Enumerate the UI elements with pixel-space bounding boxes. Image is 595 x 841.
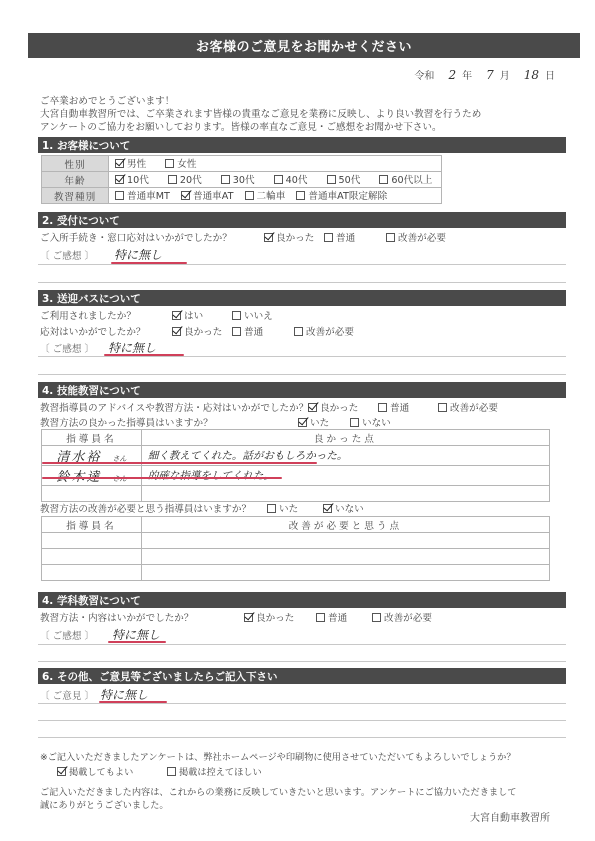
option-label: 60代以上 — [391, 172, 432, 186]
option-label: 普通 — [244, 324, 263, 338]
comment-line — [38, 264, 566, 265]
checkbox-needs-improvement[interactable]: 改善が必要 — [372, 610, 432, 624]
checkbox-checked-icon[interactable] — [172, 327, 181, 336]
option-label: 良かった — [184, 324, 222, 338]
checkbox-icon[interactable] — [115, 191, 124, 200]
option-label: 30代 — [233, 172, 255, 186]
checkbox-checked-icon[interactable] — [181, 191, 190, 200]
closing-line: 誠にありがとうございました。 — [40, 799, 516, 812]
option-label: 改善が必要 — [384, 610, 432, 624]
checkbox-icon[interactable] — [378, 403, 387, 412]
question-text: ご利用されましたか？ — [40, 308, 172, 322]
consent-question: ※ご記入いただきましたアンケートは、弊社ホームページや印刷物に使用させていただい… — [40, 751, 516, 764]
checkbox-average[interactable]: 普通 — [316, 610, 372, 624]
comment-label: 〔 ご感想 〕 — [40, 248, 114, 262]
instructor-name-cell[interactable] — [42, 549, 142, 565]
good-point: 的確な指導をしてくれた。 — [148, 470, 274, 482]
instructor-name-cell[interactable] — [42, 533, 142, 549]
closing-text: ご記入いただきました内容は、これからの業務に反映していきたいと思います。アンケー… — [40, 786, 516, 812]
comment-line — [38, 720, 566, 721]
option-label: 普通車AT — [193, 188, 233, 202]
option-label: 良かった — [320, 400, 358, 414]
instructor-advice-row: 教習指導員のアドバイスや教習方法・応対はいかがでしたか？ 良かった 普通 改善が… — [40, 400, 498, 414]
table-row — [42, 565, 550, 581]
checkbox-icon[interactable] — [324, 233, 333, 242]
column-header: 指導員名 — [42, 517, 142, 533]
course-options: 普通車MT 普通車AT 二輪車 普通車AT限定解除 — [109, 188, 442, 204]
option-label: 50代 — [339, 172, 361, 186]
comment-label: 〔 ご感想 〕 — [40, 341, 108, 355]
option-label: 掲載してもよい — [69, 764, 133, 778]
checkbox-icon[interactable] — [274, 175, 283, 184]
option-label: はい — [184, 308, 203, 322]
section-heading-shuttle-bus: 3. 送迎バスについて — [38, 290, 566, 306]
checkbox-at[interactable]: 普通車AT — [181, 188, 233, 202]
date-day-unit: 日 — [545, 67, 555, 82]
checkbox-average[interactable]: 普通 — [378, 400, 438, 414]
option-label: 良かった — [256, 610, 294, 624]
option-label: 普通 — [328, 610, 347, 624]
date-day-value[interactable]: 18 — [524, 68, 539, 82]
checkbox-needs-improvement[interactable]: 改善が必要 — [294, 324, 354, 338]
checkbox-checked-icon[interactable] — [115, 175, 124, 184]
section-heading-driving-lessons: 4. 技能教習について — [38, 382, 566, 398]
checkbox-checked-icon[interactable] — [115, 159, 124, 168]
checkbox-no[interactable]: いいえ — [232, 308, 273, 322]
checkbox-yes-there-was[interactable]: いた — [298, 415, 350, 429]
checkbox-female[interactable]: 女性 — [165, 156, 196, 170]
table-row-gender: 性別 男性 女性 — [42, 156, 442, 172]
improve-point-cell[interactable] — [141, 565, 549, 581]
table-header-row: 指導員名 良かった点 — [42, 430, 550, 446]
option-label: いた — [279, 501, 298, 515]
table-row-age: 年齢 10代 20代 30代 40代 50代 60代以上 — [42, 172, 442, 188]
row-label: 性別 — [42, 156, 109, 172]
option-label: 改善が必要 — [398, 230, 446, 244]
table-header-row: 指導員名 改善が必要と思う点 — [42, 517, 550, 533]
checkbox-age-60s-plus[interactable]: 60代以上 — [379, 172, 432, 186]
checkbox-needs-improvement[interactable]: 改善が必要 — [386, 230, 446, 244]
column-header: 良かった点 — [141, 430, 549, 446]
question-text: ご入所手続き・窓口応対はいかがでしたか？ — [40, 230, 264, 244]
intro-text: ご卒業おめでとうございます！ 大宮自動車教習所では、ご卒業されます皆様の貴重なご… — [40, 95, 481, 134]
checkbox-age-20s[interactable]: 20代 — [168, 172, 202, 186]
comment-line — [38, 282, 566, 283]
checkbox-icon[interactable] — [296, 191, 305, 200]
comment-line — [38, 644, 566, 645]
customer-info-table: 性別 男性 女性 年齢 10代 20代 30代 40代 50代 60代以上 教習… — [41, 155, 442, 204]
checkbox-good[interactable]: 良かった — [264, 230, 324, 244]
checkbox-good[interactable]: 良かった — [308, 400, 378, 414]
bus-use-row: ご利用されましたか？ はい いいえ — [40, 308, 273, 322]
checkbox-icon[interactable] — [438, 403, 447, 412]
checkbox-icon[interactable] — [221, 175, 230, 184]
checkbox-age-50s[interactable]: 50代 — [327, 172, 361, 186]
checkbox-icon[interactable] — [350, 418, 359, 427]
table-row — [42, 533, 550, 549]
checkbox-icon[interactable] — [165, 159, 174, 168]
checkbox-male[interactable]: 男性 — [115, 156, 146, 170]
good-instructor-table: 指導員名 良かった点 清水裕 さん 細く教えてくれた。話がおもしろかった。 鈴木… — [41, 429, 550, 502]
option-label: 掲載は控えてほしい — [179, 764, 262, 778]
checkbox-checked-icon[interactable] — [57, 767, 66, 776]
checkbox-icon[interactable] — [379, 175, 388, 184]
column-header: 指導員名 — [42, 430, 142, 446]
checkbox-publish-ok[interactable]: 掲載してもよい — [57, 764, 167, 778]
form-title: お客様のご意見をお聞かせください — [28, 33, 580, 58]
option-label: いない — [335, 501, 364, 515]
checkbox-age-10s[interactable]: 10代 — [115, 172, 149, 186]
checkbox-checked-icon[interactable] — [308, 403, 317, 412]
checkbox-publish-decline[interactable]: 掲載は控えてほしい — [167, 764, 262, 778]
option-label: 10代 — [127, 172, 149, 186]
option-label: 良かった — [276, 230, 314, 244]
date-year-value[interactable]: 2 — [448, 68, 456, 82]
intro-line: 大宮自動車教習所では、ご卒業されます皆様の貴重なご意見を業務に反映し、より良い教… — [40, 108, 481, 121]
comment-line — [38, 737, 566, 738]
checkbox-needs-improvement[interactable]: 改善が必要 — [438, 400, 498, 414]
checkbox-at-limit-removal[interactable]: 普通車AT限定解除 — [296, 188, 387, 202]
improve-instructor-row: 教習方法の改善が必要と思う指導員はいますか？ いた いない — [40, 501, 364, 515]
checkbox-checked-icon[interactable] — [264, 233, 273, 242]
instructor-name-cell[interactable] — [42, 565, 142, 581]
question-text: 教習指導員のアドバイスや教習方法・応対はいかがでしたか？ — [40, 400, 308, 414]
option-label: 普通 — [390, 400, 409, 414]
checkbox-none[interactable]: いない — [350, 415, 391, 429]
red-underline — [108, 641, 166, 643]
checkbox-checked-icon[interactable] — [172, 311, 181, 320]
date-field: 令和 2 年 7 月 18 日 — [414, 67, 555, 82]
section-heading-classroom-lessons: 4. 学科教習について — [38, 592, 566, 608]
good-point-cell[interactable] — [141, 486, 549, 502]
option-label: 40代 — [286, 172, 308, 186]
improve-point-cell[interactable] — [141, 533, 549, 549]
reception-question-row: ご入所手続き・窓口応対はいかがでしたか？ 良かった 普通 改善が必要 — [40, 230, 446, 244]
red-underline — [42, 477, 282, 479]
option-label: 女性 — [177, 156, 196, 170]
comment-line — [38, 356, 566, 357]
checkbox-icon[interactable] — [386, 233, 395, 242]
date-month-value[interactable]: 7 — [486, 68, 494, 82]
comment-line — [38, 703, 566, 704]
date-era: 令和 — [414, 67, 434, 82]
checkbox-icon[interactable] — [167, 767, 176, 776]
question-text: 教習方法の良かった指導員はいますか？ — [40, 415, 298, 429]
checkbox-none[interactable]: いない — [323, 501, 364, 515]
checkbox-average[interactable]: 普通 — [232, 324, 294, 338]
comment-label: 〔 ご意見 〕 — [40, 688, 100, 702]
option-label: 普通 — [336, 230, 355, 244]
instructor-name-cell[interactable] — [42, 486, 142, 502]
option-label: いない — [362, 415, 391, 429]
column-header: 改善が必要と思う点 — [141, 517, 549, 533]
checkbox-icon[interactable] — [316, 613, 325, 622]
checkbox-good[interactable]: 良かった — [244, 610, 316, 624]
checkbox-icon[interactable] — [232, 327, 241, 336]
question-text: 応対はいかがでしたか？ — [40, 324, 172, 338]
good-instructor-row: 教習方法の良かった指導員はいますか？ いた いない — [40, 415, 391, 429]
table-row — [42, 549, 550, 565]
checkbox-age-30s[interactable]: 30代 — [221, 172, 255, 186]
intro-line: ご卒業おめでとうございます！ — [40, 95, 481, 108]
checkbox-icon[interactable] — [232, 311, 241, 320]
date-year-unit: 年 — [462, 67, 472, 82]
checkbox-icon[interactable] — [294, 327, 303, 336]
reception-comment-row: 〔 ご感想 〕 特に無し — [40, 246, 162, 263]
option-label: 普通車AT限定解除 — [308, 188, 387, 202]
checkbox-yes[interactable]: はい — [172, 308, 232, 322]
checkbox-icon[interactable] — [168, 175, 177, 184]
checkbox-age-40s[interactable]: 40代 — [274, 172, 308, 186]
checkbox-checked-icon[interactable] — [298, 418, 307, 427]
gender-options: 男性 女性 — [109, 156, 442, 172]
red-underline — [42, 462, 317, 464]
instructor-name-cell[interactable]: 鈴木達 さん — [42, 466, 142, 486]
improve-instructor-table: 指導員名 改善が必要と思う点 — [41, 516, 550, 581]
section-heading-customer: 1. お客様について — [38, 137, 566, 153]
option-label: 改善が必要 — [450, 400, 498, 414]
bus-service-row: 応対はいかがでしたか？ 良かった 普通 改善が必要 — [40, 324, 354, 338]
checkbox-yes-there-was[interactable]: いた — [267, 501, 323, 515]
option-label: 二輪車 — [257, 188, 286, 202]
date-month-unit: 月 — [500, 67, 510, 82]
row-label: 年齢 — [42, 172, 109, 188]
comment-line — [38, 374, 566, 375]
improve-point-cell[interactable] — [141, 549, 549, 565]
classroom-question-row: 教習方法・内容はいかがでしたか？ 良かった 普通 改善が必要 — [40, 610, 432, 624]
section-heading-other-opinions: 6. その他、ご意見等ございましたらご記入下さい — [38, 668, 566, 684]
option-label: 男性 — [127, 156, 146, 170]
comment-line — [38, 661, 566, 662]
comment-label: 〔 ご感想 〕 — [40, 628, 112, 642]
comment-value[interactable]: 特に無し — [114, 246, 162, 263]
signature: 大宮自動車教習所 — [470, 812, 550, 825]
checkbox-mt[interactable]: 普通車MT — [115, 188, 170, 202]
section-heading-reception: 2. 受付について — [38, 212, 566, 228]
checkbox-checked-icon[interactable] — [323, 504, 332, 513]
checkbox-good[interactable]: 良かった — [172, 324, 232, 338]
option-label: 改善が必要 — [306, 324, 354, 338]
question-text: 教習方法の改善が必要と思う指導員はいますか？ — [40, 501, 267, 515]
consent-options: 掲載してもよい 掲載は控えてほしい — [57, 764, 262, 778]
intro-line: アンケートのご協力をお願いしております。皆様の率直なご意見・ご感想をお聞かせ下さ… — [40, 121, 481, 134]
good-point: 細く教えてくれた。話がおもしろかった。 — [148, 450, 348, 462]
closing-line: ご記入いただきました内容は、これからの業務に反映していきたいと思います。アンケー… — [40, 786, 516, 799]
table-row: 鈴木達 さん 的確な指導をしてくれた。 — [42, 466, 550, 486]
option-label: 普通車MT — [127, 188, 170, 202]
option-label: いた — [310, 415, 329, 429]
checkbox-icon[interactable] — [245, 191, 254, 200]
row-label: 教習種別 — [42, 188, 109, 204]
checkbox-average[interactable]: 普通 — [324, 230, 386, 244]
checkbox-icon[interactable] — [327, 175, 336, 184]
checkbox-checked-icon[interactable] — [244, 613, 253, 622]
question-text: 教習方法・内容はいかがでしたか？ — [40, 610, 244, 624]
checkbox-icon[interactable] — [372, 613, 381, 622]
checkbox-icon[interactable] — [267, 504, 276, 513]
checkbox-motorcycle[interactable]: 二輪車 — [245, 188, 286, 202]
option-label: 20代 — [180, 172, 202, 186]
table-row-course-type: 教習種別 普通車MT 普通車AT 二輪車 普通車AT限定解除 — [42, 188, 442, 204]
table-row — [42, 486, 550, 502]
option-label: いいえ — [244, 308, 273, 322]
good-point-cell[interactable]: 的確な指導をしてくれた。 — [141, 466, 549, 486]
age-options: 10代 20代 30代 40代 50代 60代以上 — [109, 172, 442, 188]
